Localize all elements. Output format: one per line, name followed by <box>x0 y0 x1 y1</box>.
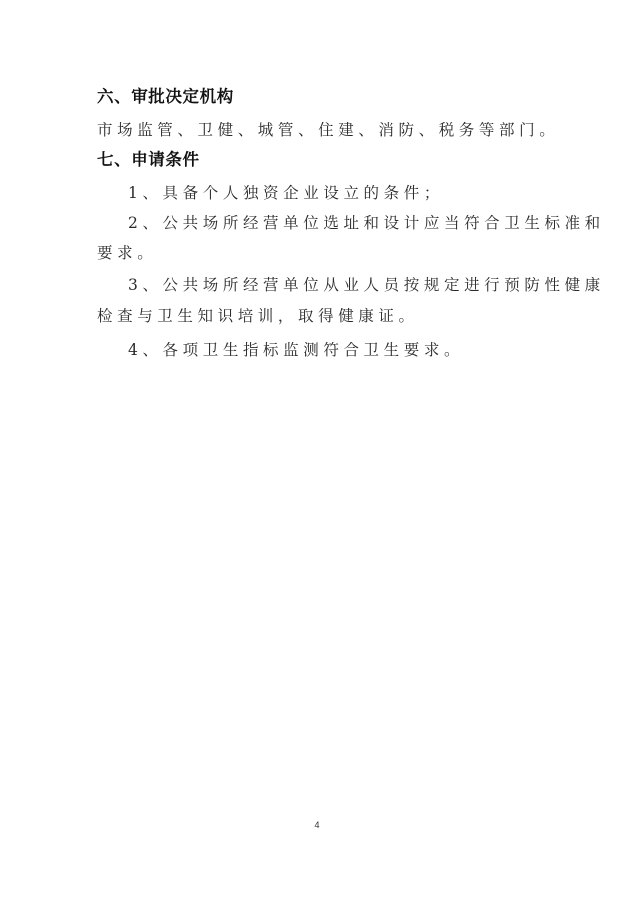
condition-item-1: 1、具备个人独资企业设立的条件； <box>128 183 444 203</box>
condition-item-3-line-2: 检查与卫生知识培训，取得健康证。 <box>97 306 419 326</box>
document-page: 六、审批决定机构 市场监管、卫健、城管、住建、消防、税务等部门。 七、申请条件 … <box>0 0 634 898</box>
condition-item-2-line-2: 要求。 <box>97 243 157 263</box>
section-heading-application-conditions: 七、申请条件 <box>97 150 200 170</box>
approval-authority-text: 市场监管、卫健、城管、住建、消防、税务等部门。 <box>97 120 559 140</box>
section-heading-approval-authority: 六、审批决定机构 <box>97 87 234 107</box>
condition-item-4: 4、各项卫生指标监测符合卫生要求。 <box>128 340 464 360</box>
condition-item-3-line-1: 3、公共场所经营单位从业人员按规定进行预防性健康 <box>128 275 605 295</box>
condition-item-2-line-1: 2、公共场所经营单位选址和设计应当符合卫生标准和 <box>128 213 605 233</box>
page-number: 4 <box>0 820 634 830</box>
